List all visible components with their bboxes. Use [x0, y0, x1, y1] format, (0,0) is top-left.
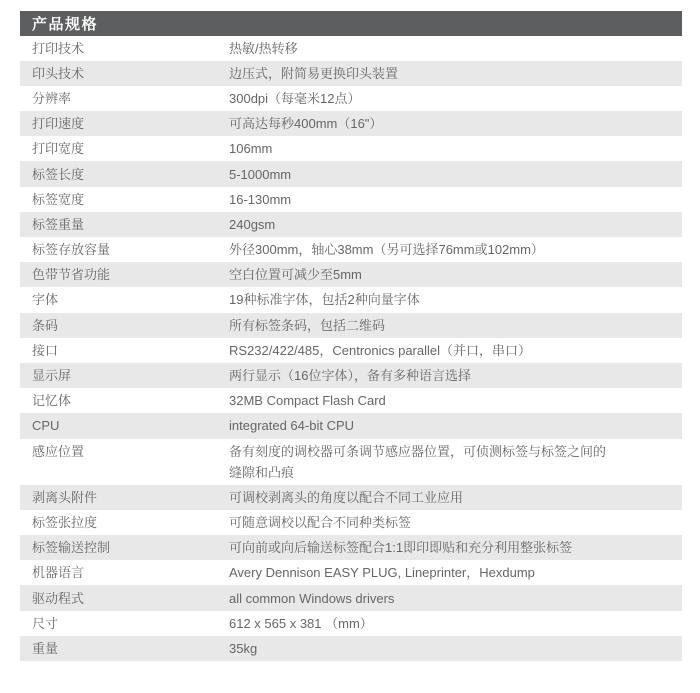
spec-label: 驱动程式 — [20, 588, 229, 609]
spec-label: 色带节省功能 — [20, 264, 229, 285]
spec-label: CPU — [20, 415, 229, 436]
spec-label: 标签张拉度 — [20, 512, 229, 533]
spec-value: 612 x 565 x 381 （mm） — [229, 613, 609, 634]
spec-label: 显示屏 — [20, 365, 229, 386]
spec-table-title: 产品规格 — [32, 13, 98, 34]
table-row: 字体19种标准字体，包括2种向量字体 — [20, 287, 682, 312]
table-row: CPUintegrated 64-bit CPU — [20, 413, 682, 438]
spec-value: 可调校剥离头的角度以配合不同工业应用 — [229, 487, 609, 508]
spec-value: 空白位置可减少至5mm — [229, 264, 609, 285]
spec-label: 剥离头附件 — [20, 487, 229, 508]
spec-label: 分辨率 — [20, 88, 229, 109]
table-row: 记忆体32MB Compact Flash Card — [20, 388, 682, 413]
spec-label: 标签输送控制 — [20, 537, 229, 558]
table-row: 打印技术热敏/热转移 — [20, 36, 682, 61]
spec-value: integrated 64-bit CPU — [229, 415, 609, 436]
spec-value: 可随意调校以配合不同种类标签 — [229, 512, 609, 533]
table-row: 打印速度可高达每秒400mm（16"） — [20, 111, 682, 136]
spec-value: 32MB Compact Flash Card — [229, 390, 609, 411]
spec-value: 外径300mm，轴心38mm（另可选择76mm或102mm） — [229, 239, 609, 260]
table-row: 接口RS232/422/485，Centronics parallel（并口，串… — [20, 338, 682, 363]
spec-table-header: 产品规格 — [20, 11, 682, 36]
spec-label: 接口 — [20, 340, 229, 361]
spec-value: 备有刻度的调校器可条调节感应器位置，可侦测标签与标签之间的缝隙和凸痕 — [229, 441, 609, 483]
spec-value: 5-1000mm — [229, 164, 609, 185]
spec-value: 16-130mm — [229, 189, 609, 210]
table-row: 分辨率300dpi（每毫米12点） — [20, 86, 682, 111]
spec-value: 106mm — [229, 138, 609, 159]
spec-rows: 打印技术热敏/热转移印头技术边压式，附简易更换印头装置分辨率300dpi（每毫米… — [20, 36, 682, 662]
spec-label: 打印宽度 — [20, 138, 229, 159]
spec-value: 热敏/热转移 — [229, 38, 609, 59]
spec-label: 字体 — [20, 289, 229, 310]
spec-value: 240gsm — [229, 214, 609, 235]
spec-label: 感应位置 — [20, 441, 229, 462]
spec-value: 所有标签条码，包括二维码 — [229, 315, 609, 336]
table-row: 剥离头附件可调校剥离头的角度以配合不同工业应用 — [20, 485, 682, 510]
spec-value: 35kg — [229, 638, 609, 659]
table-row: 标签长度5-1000mm — [20, 161, 682, 186]
spec-value: 两行显示（16位字体），备有多种语言选择 — [229, 365, 609, 386]
table-row: 色带节省功能空白位置可减少至5mm — [20, 262, 682, 287]
spec-label: 机器语言 — [20, 562, 229, 583]
spec-value: 可高达每秒400mm（16"） — [229, 113, 609, 134]
table-row: 尺寸612 x 565 x 381 （mm） — [20, 611, 682, 636]
table-row: 标签重量240gsm — [20, 212, 682, 237]
table-row: 标签存放容量外径300mm，轴心38mm（另可选择76mm或102mm） — [20, 237, 682, 262]
table-row: 感应位置备有刻度的调校器可条调节感应器位置，可侦测标签与标签之间的缝隙和凸痕 — [20, 439, 682, 485]
spec-label: 标签长度 — [20, 164, 229, 185]
spec-label: 重量 — [20, 638, 229, 659]
spec-value: RS232/422/485，Centronics parallel（并口，串口） — [229, 340, 609, 361]
table-row: 显示屏两行显示（16位字体），备有多种语言选择 — [20, 363, 682, 388]
spec-label: 印头技术 — [20, 63, 229, 84]
spec-label: 标签存放容量 — [20, 239, 229, 260]
table-row: 条码所有标签条码，包括二维码 — [20, 313, 682, 338]
spec-label: 条码 — [20, 315, 229, 336]
spec-value: 19种标准字体，包括2种向量字体 — [229, 289, 609, 310]
spec-value: 边压式，附简易更换印头装置 — [229, 63, 609, 84]
table-row: 标签张拉度可随意调校以配合不同种类标签 — [20, 510, 682, 535]
spec-value: 300dpi（每毫米12点） — [229, 88, 609, 109]
table-row: 标签宽度16-130mm — [20, 187, 682, 212]
spec-table: 产品规格 打印技术热敏/热转移印头技术边压式，附简易更换印头装置分辨率300dp… — [20, 11, 682, 661]
table-row: 标签输送控制可向前或向后输送标签配合1:1即印即贴和充分利用整张标签 — [20, 535, 682, 560]
table-row: 重量35kg — [20, 636, 682, 661]
spec-label: 记忆体 — [20, 390, 229, 411]
spec-value: 可向前或向后输送标签配合1:1即印即贴和充分利用整张标签 — [229, 537, 609, 558]
spec-label: 打印速度 — [20, 113, 229, 134]
spec-value: Avery Dennison EASY PLUG, Lineprinter，He… — [229, 562, 609, 583]
spec-value: all common Windows drivers — [229, 588, 609, 609]
product-spec-page: 产品规格 打印技术热敏/热转移印头技术边压式，附简易更换印头装置分辨率300dp… — [0, 0, 700, 693]
spec-label: 尺寸 — [20, 613, 229, 634]
table-row: 驱动程式all common Windows drivers — [20, 585, 682, 610]
table-row: 机器语言Avery Dennison EASY PLUG, Lineprinte… — [20, 560, 682, 585]
table-row: 印头技术边压式，附简易更换印头装置 — [20, 61, 682, 86]
spec-label: 打印技术 — [20, 38, 229, 59]
spec-label: 标签重量 — [20, 214, 229, 235]
spec-label: 标签宽度 — [20, 189, 229, 210]
table-row: 打印宽度106mm — [20, 136, 682, 161]
